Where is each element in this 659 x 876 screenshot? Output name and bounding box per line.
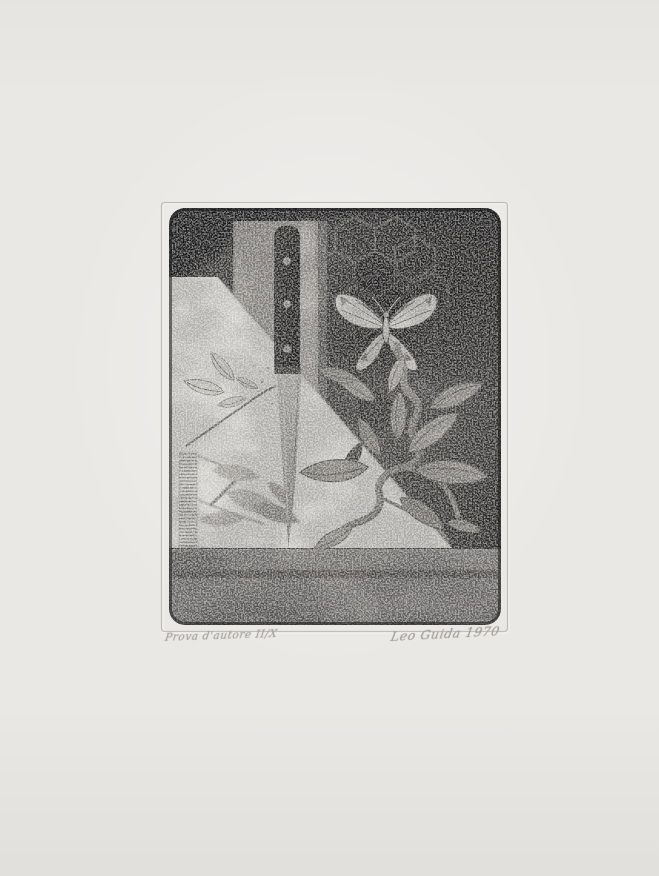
etching-image [165, 208, 501, 625]
photo-of-etching: { "photo": { "description": "Photograph … [0, 0, 659, 876]
etching-photo-canvas [0, 0, 659, 876]
white-speckles [169, 208, 501, 625]
